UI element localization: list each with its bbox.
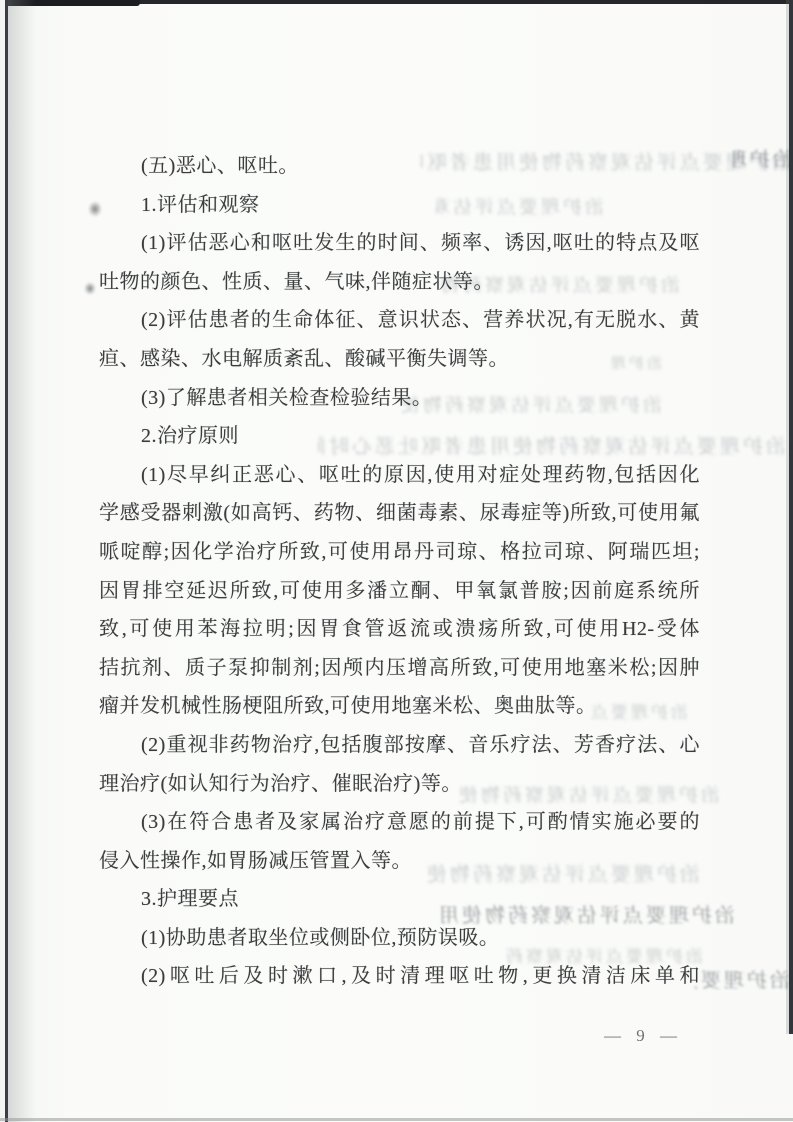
scanned-page: 治护理要点评估观察药物使用患者呕吐治护理治护理要点评估观治护理要点评估观察药物治… xyxy=(0,0,793,1122)
text-line: 致,可使用苯海拉明;因胃食管返流或溃疡所致,可使用H2-受体 xyxy=(99,610,700,649)
text-line: (2)重视非药物治疗,包括腹部按摩、音乐疗法、芳香疗法、心 xyxy=(99,726,700,765)
text-line: 拮抗剂、质子泵抑制剂;因颅内压增高所致,可使用地塞米松;因肿 xyxy=(99,649,700,688)
text-line: 2.治疗原则 xyxy=(99,417,700,456)
text-line: 因胃排空延迟所致,可使用多潘立酮、甲氧氯普胺;因前庭系统所 xyxy=(99,572,700,611)
text-line: 侵入性操作,如胃肠减压管置入等。 xyxy=(99,842,700,881)
text-line: (1)尽早纠正恶心、呕吐的原因,使用对症处理药物,包括因化 xyxy=(99,456,700,495)
text-line: 1.评估和观察 xyxy=(99,186,700,225)
text-line: (2)呕吐后及时漱口,及时清理呕吐物,更换清洁床单和 xyxy=(99,957,700,996)
text-line: (3)了解患者相关检查检验结果。 xyxy=(99,379,700,418)
scan-edge-top-left xyxy=(0,0,140,6)
text-line: (1)协助患者取坐位或侧卧位,预防误吸。 xyxy=(99,919,700,958)
text-line: 哌啶醇;因化学治疗所致,可使用昂丹司琼、格拉司琼、阿瑞匹坦; xyxy=(99,533,700,572)
text-line: (2)评估患者的生命体征、意识状态、营养状况,有无脱水、黄 xyxy=(99,301,700,340)
scan-edge-top xyxy=(0,0,793,4)
ghost-text-artifact: 治护理要点 xyxy=(695,970,790,1000)
scan-edge-left-shade xyxy=(8,0,36,1122)
text-line: (五)恶心、呕吐。 xyxy=(99,147,700,186)
document-text-block: (五)恶心、呕吐。1.评估和观察(1)评估恶心和呕吐发生的时间、频率、诱因,呕吐… xyxy=(99,147,700,996)
page-number: — 9 — xyxy=(591,1026,691,1050)
scan-edge-right-fade xyxy=(786,0,789,1034)
text-line: 3.护理要点 xyxy=(99,880,700,919)
text-line: (1)评估恶心和呕吐发生的时间、频率、诱因,呕吐的特点及呕 xyxy=(99,224,700,263)
text-line: 学感受器刺激(如高钙、药物、细菌毒素、尿毒症等)所致,可使用氟 xyxy=(99,494,700,533)
ink-smudge-artifact xyxy=(84,282,96,295)
text-line: 疸、感染、水电解质紊乱、酸碱平衡失调等。 xyxy=(99,340,700,379)
text-line: 理治疗(如认知行为治疗、催眠治疗)等。 xyxy=(99,765,700,804)
scan-edge-left-margin xyxy=(0,0,5,1122)
text-line: 瘤并发机械性肠梗阻所致,可使用地塞米松、奥曲肽等。 xyxy=(99,687,700,726)
text-line: 吐物的颜色、性质、量、气味,伴随症状等。 xyxy=(99,263,700,302)
scan-edge-left-line xyxy=(5,0,8,1122)
text-line: (3)在符合患者及家属治疗意愿的前提下,可酌情实施必要的 xyxy=(99,803,700,842)
scan-edge-bottom xyxy=(0,1118,793,1121)
ghost-text-artifact: 治护理 xyxy=(733,149,793,177)
scan-edge-right-line xyxy=(789,0,793,1034)
